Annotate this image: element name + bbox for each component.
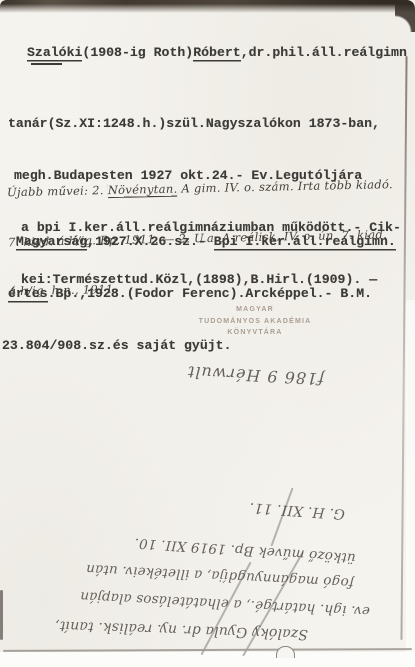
scan-top-right-corner — [395, 0, 415, 32]
heading-rest: ,dr.phil.áll.reálgimn — [241, 45, 407, 60]
sources-line: 23.804/908.sz.és saját gyüjt. — [2, 337, 396, 354]
handwritten-note-bottom: fogó magánnyugdíja, a illetékeiv. után — [54, 559, 354, 591]
handwritten-line: Újabb művei: 2. Növénytan. A gim. IV. o.… — [7, 176, 407, 201]
handwritten-note-bottom: G. H. XII. 11. — [235, 498, 346, 522]
scan-left-edge-mark — [0, 590, 3, 640]
heading-paren: (1908-ig Roth) — [82, 45, 193, 60]
sources-line: értes.Bp.,1928.(Fodor Ferenc).Arcképpel.… — [8, 285, 396, 302]
handwritten-note-bottom: ev. igh. határtgé., a elhatátelásos alap… — [15, 585, 370, 620]
catalog-card-scan: Szalóki(1908-ig Roth)Róbert,dr.phil.áll.… — [0, 0, 415, 667]
sources-block: Magyarság,1927.X.26.sz.- Bpi I.ker.áll.r… — [8, 199, 396, 388]
sources-line: Magyarság,1927.X.26.sz.- Bpi I.ker.áll.r… — [8, 233, 396, 250]
stamp-line: KÖNYVTÁRA — [188, 327, 322, 339]
scan-top-edge — [0, 0, 415, 13]
biography-line: tanár(Sz.XI:1248.h.)szül.Nagyszalókon 18… — [8, 115, 401, 132]
heading-firstname: Róbert — [193, 45, 240, 60]
card-heading: Szalóki(1908-ig Roth)Róbert,dr.phil.áll.… — [27, 45, 407, 60]
source-title: Magyarság — [16, 234, 87, 249]
stamp-line: MAGYAR — [188, 304, 322, 316]
scan-bottom-margin — [0, 652, 415, 667]
source-reference: Bpi I.ker.áll.reálgimn. — [214, 234, 396, 249]
handwritten-note-bottom: ütköző művek Bp. 1919 XII. 10. — [66, 530, 356, 566]
heading-surname: Szalóki — [27, 45, 82, 60]
stamp-line: TUDOMÁNYOS AKADÉMIA — [188, 316, 322, 328]
card-punch-notch — [276, 646, 295, 658]
library-stamp: MAGYAR TUDOMÁNYOS AKADÉMIA KÖNYVTÁRA — [188, 304, 322, 339]
card-right-margin — [406, 300, 415, 652]
